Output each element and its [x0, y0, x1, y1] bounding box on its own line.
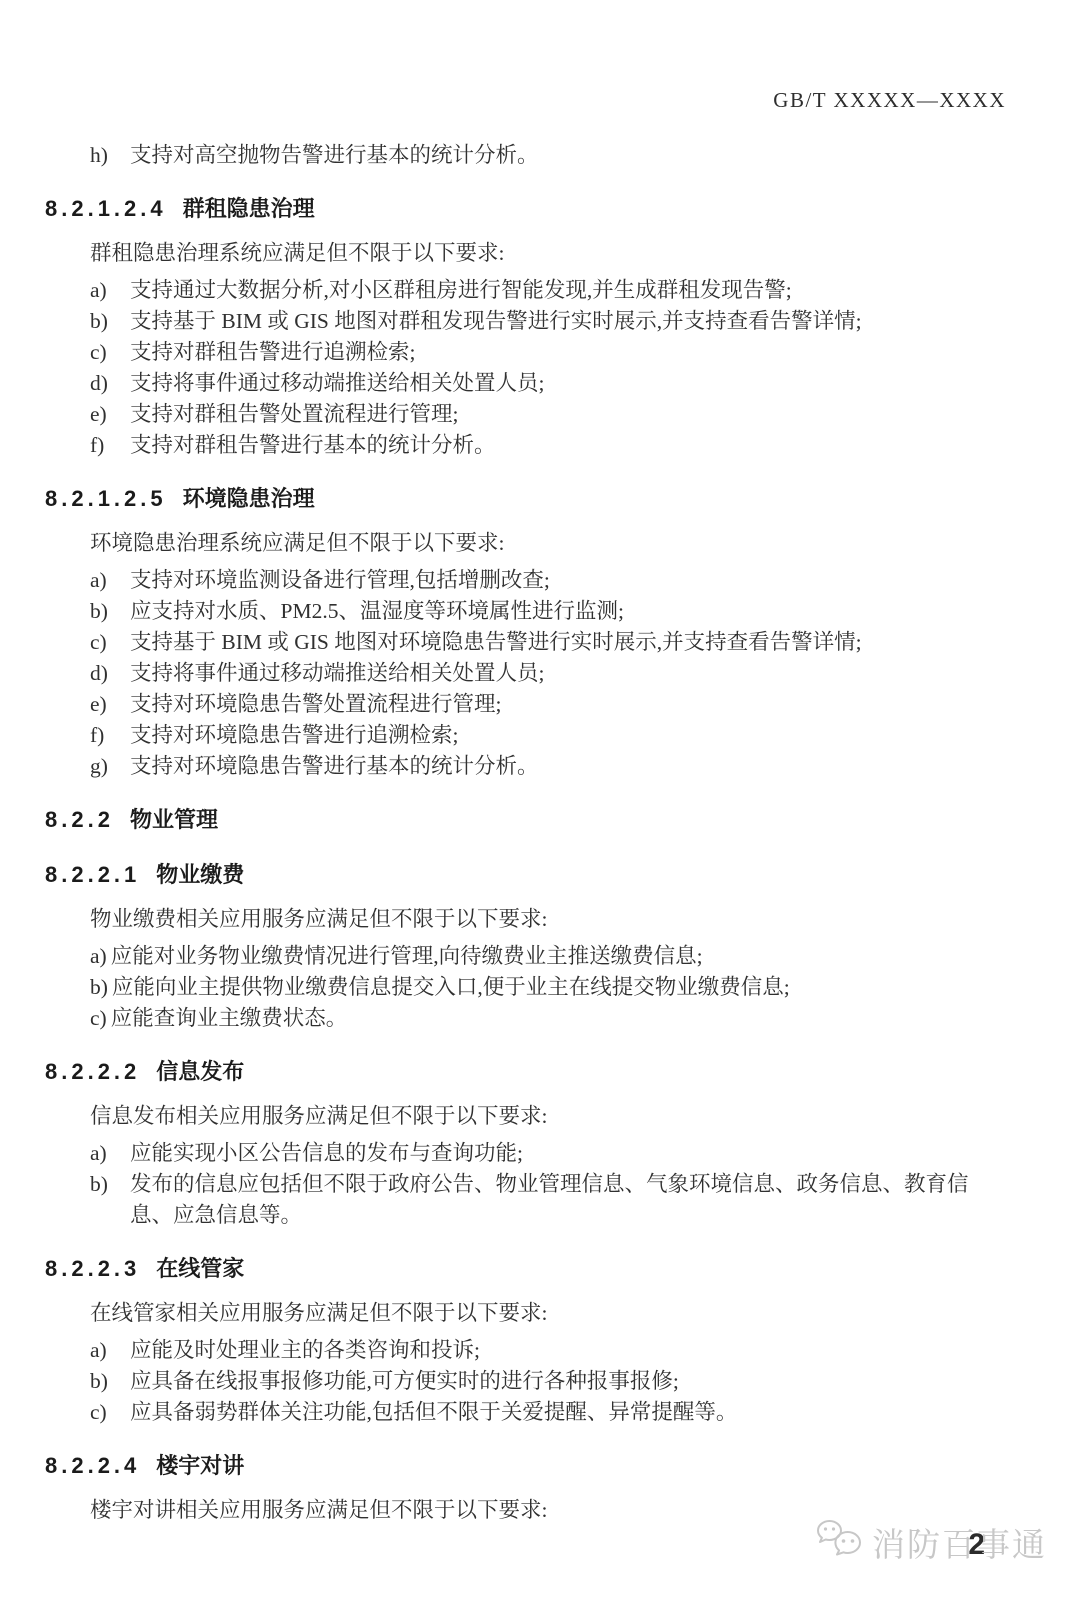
list-item-text: 支持对高空抛物告警进行基本的统计分析。 [130, 140, 539, 171]
list-item-text: 支持对群租告警处置流程进行管理; [130, 399, 458, 430]
list-item-label: b) [90, 1366, 130, 1397]
list-item-text: 支持基于 BIM 或 GIS 地图对群租发现告警进行实时展示,并支持查看告警详情… [130, 306, 862, 337]
section-title: 环境隐患治理 [183, 483, 315, 514]
section-lead: 物业缴费相关应用服务应满足但不限于以下要求: [90, 904, 1035, 935]
list-item: f) 支持对环境隐患告警进行追溯检索; [90, 720, 1035, 751]
list-item-text: 应具备弱势群体关注功能,包括但不限于关爱提醒、异常提醒等。 [130, 1397, 737, 1428]
section-heading: 8.2.2.1 物业缴费 [45, 859, 1035, 890]
list-item: a) 支持通过大数据分析,对小区群租房进行智能发现,并生成群租发现告警; [90, 275, 1035, 306]
section-heading: 8.2.2.4 楼宇对讲 [45, 1450, 1035, 1481]
section-title: 物业缴费 [156, 859, 244, 890]
list-item-text: 支持对群租告警进行追溯检索; [130, 337, 415, 368]
list-item-label: d) [90, 368, 130, 399]
list-item-text: 支持对环境监测设备进行管理,包括增删改查; [130, 565, 550, 596]
section-heading: 8.2.1.2.4 群租隐患治理 [45, 193, 1035, 224]
list-item-text: 支持将事件通过移动端推送给相关处置人员; [130, 368, 544, 399]
watermark: 消防百事通 [815, 1518, 1047, 1566]
list-item-text: 支持将事件通过移动端推送给相关处置人员; [130, 658, 544, 689]
list-item-label: b) [90, 972, 108, 1003]
list-item: c) 应能查询业主缴费状态。 [90, 1003, 1035, 1034]
list-item: c) 应具备弱势群体关注功能,包括但不限于关爱提醒、异常提醒等。 [90, 1397, 1035, 1428]
list-item-text: 支持对环境隐患告警处置流程进行管理; [130, 689, 501, 720]
list-item-text: 发布的信息应包括但不限于政府公告、物业管理信息、气象环境信息、政务信息、教育信息… [130, 1169, 1010, 1231]
list-item-label: g) [90, 751, 130, 782]
list-item: c) 支持对群租告警进行追溯检索; [90, 337, 1035, 368]
section-number: 8.2.2 [45, 804, 114, 835]
list-item-text: 支持基于 BIM 或 GIS 地图对环境隐患告警进行实时展示,并支持查看告警详情… [130, 627, 862, 658]
document-page: GB/T XXXXX—XXXX h) 支持对高空抛物告警进行基本的统计分析。 8… [0, 0, 1080, 1598]
list-item: d) 支持将事件通过移动端推送给相关处置人员; [90, 658, 1035, 689]
section-heading: 8.2.2.3 在线管家 [45, 1253, 1035, 1284]
list-item-label: a) [90, 1138, 130, 1169]
list-item-text: 应能对业务物业缴费情况进行管理,向待缴费业主推送缴费信息; [111, 941, 703, 972]
document-content: h) 支持对高空抛物告警进行基本的统计分析。 8.2.1.2.4 群租隐患治理 … [45, 140, 1035, 1532]
watermark-text: 消防百事通 [872, 1519, 1047, 1566]
doc-code-header: GB/T XXXXX—XXXX [773, 88, 1006, 113]
list-item-label: b) [90, 306, 130, 337]
list-item: f) 支持对群租告警进行基本的统计分析。 [90, 430, 1035, 461]
section-number: 8.2.2.1 [45, 859, 140, 890]
list-item: e) 支持对群租告警处置流程进行管理; [90, 399, 1035, 430]
list-item-text: 应能实现小区公告信息的发布与查询功能; [130, 1138, 523, 1169]
list-item: b) 应支持对水质、PM2.5、温湿度等环境属性进行监测; [90, 596, 1035, 627]
list-item-label: e) [90, 689, 130, 720]
list-item-label: d) [90, 658, 130, 689]
section-lead: 在线管家相关应用服务应满足但不限于以下要求: [90, 1298, 1035, 1329]
section-title: 楼宇对讲 [156, 1450, 244, 1481]
list-item-text: 应能及时处理业主的各类咨询和投诉; [130, 1335, 480, 1366]
list-item-label: c) [90, 1397, 130, 1428]
list-item-label: a) [90, 1335, 130, 1366]
list-item: a) 应能及时处理业主的各类咨询和投诉; [90, 1335, 1035, 1366]
list-item-label: e) [90, 399, 130, 430]
list-item-label: f) [90, 720, 130, 751]
section-lead: 环境隐患治理系统应满足但不限于以下要求: [90, 528, 1035, 559]
list-item-text: 应能查询业主缴费状态。 [111, 1003, 348, 1034]
section-title: 物业管理 [130, 804, 218, 835]
list-item-label: h) [90, 140, 130, 171]
list-item-label: a) [90, 565, 130, 596]
list-item-text: 应具备在线报事报修功能,可方便实时的进行各种报事报修; [130, 1366, 679, 1397]
page-footer: 2 消防百事通 [815, 1518, 1047, 1578]
section-number: 8.2.2.3 [45, 1253, 140, 1284]
list-item-label: a) [90, 941, 107, 972]
section-title: 群租隐患治理 [183, 193, 315, 224]
list-item: a) 支持对环境监测设备进行管理,包括增删改查; [90, 565, 1035, 596]
section-number: 8.2.1.2.4 [45, 193, 167, 224]
list-item: e) 支持对环境隐患告警处置流程进行管理; [90, 689, 1035, 720]
section-heading: 8.2.2.2 信息发布 [45, 1056, 1035, 1087]
section-heading: 8.2.2 物业管理 [45, 804, 1035, 835]
list-item-text: 支持对环境隐患告警进行基本的统计分析。 [130, 751, 539, 782]
section-title: 信息发布 [156, 1056, 244, 1087]
list-item-text: 应能向业主提供物业缴费信息提交入口,便于业主在线提交物业缴费信息; [112, 972, 790, 1003]
section-number: 8.2.2.4 [45, 1450, 140, 1481]
section-heading: 8.2.1.2.5 环境隐患治理 [45, 483, 1035, 514]
list-item: b) 应具备在线报事报修功能,可方便实时的进行各种报事报修; [90, 1366, 1035, 1397]
list-item: a) 应能对业务物业缴费情况进行管理,向待缴费业主推送缴费信息; [90, 941, 1035, 972]
list-item: b) 发布的信息应包括但不限于政府公告、物业管理信息、气象环境信息、政务信息、教… [90, 1169, 1035, 1231]
list-item-label: f) [90, 430, 130, 461]
list-item: g) 支持对环境隐患告警进行基本的统计分析。 [90, 751, 1035, 782]
list-item-label: a) [90, 275, 130, 306]
list-item: b) 支持基于 BIM 或 GIS 地图对群租发现告警进行实时展示,并支持查看告… [90, 306, 1035, 337]
list-item: a) 应能实现小区公告信息的发布与查询功能; [90, 1138, 1035, 1169]
list-item-text: 应支持对水质、PM2.5、温湿度等环境属性进行监测; [130, 596, 624, 627]
list-item-text: 支持对群租告警进行基本的统计分析。 [130, 430, 496, 461]
section-number: 8.2.1.2.5 [45, 483, 167, 514]
list-item-text: 支持通过大数据分析,对小区群租房进行智能发现,并生成群租发现告警; [130, 275, 792, 306]
list-item: b) 应能向业主提供物业缴费信息提交入口,便于业主在线提交物业缴费信息; [90, 972, 1035, 1003]
list-item: h) 支持对高空抛物告警进行基本的统计分析。 [90, 140, 1035, 171]
wechat-bubbles-icon [815, 1518, 863, 1566]
list-item-label: b) [90, 1169, 130, 1231]
list-item-label: c) [90, 627, 130, 658]
list-item-text: 支持对环境隐患告警进行追溯检索; [130, 720, 458, 751]
list-item: d) 支持将事件通过移动端推送给相关处置人员; [90, 368, 1035, 399]
section-lead: 群租隐患治理系统应满足但不限于以下要求: [90, 238, 1035, 269]
section-title: 在线管家 [156, 1253, 244, 1284]
list-item: c) 支持基于 BIM 或 GIS 地图对环境隐患告警进行实时展示,并支持查看告… [90, 627, 1035, 658]
section-number: 8.2.2.2 [45, 1056, 140, 1087]
list-item-label: c) [90, 1003, 107, 1034]
list-item-label: b) [90, 596, 130, 627]
section-lead: 信息发布相关应用服务应满足但不限于以下要求: [90, 1101, 1035, 1132]
list-item-label: c) [90, 337, 130, 368]
